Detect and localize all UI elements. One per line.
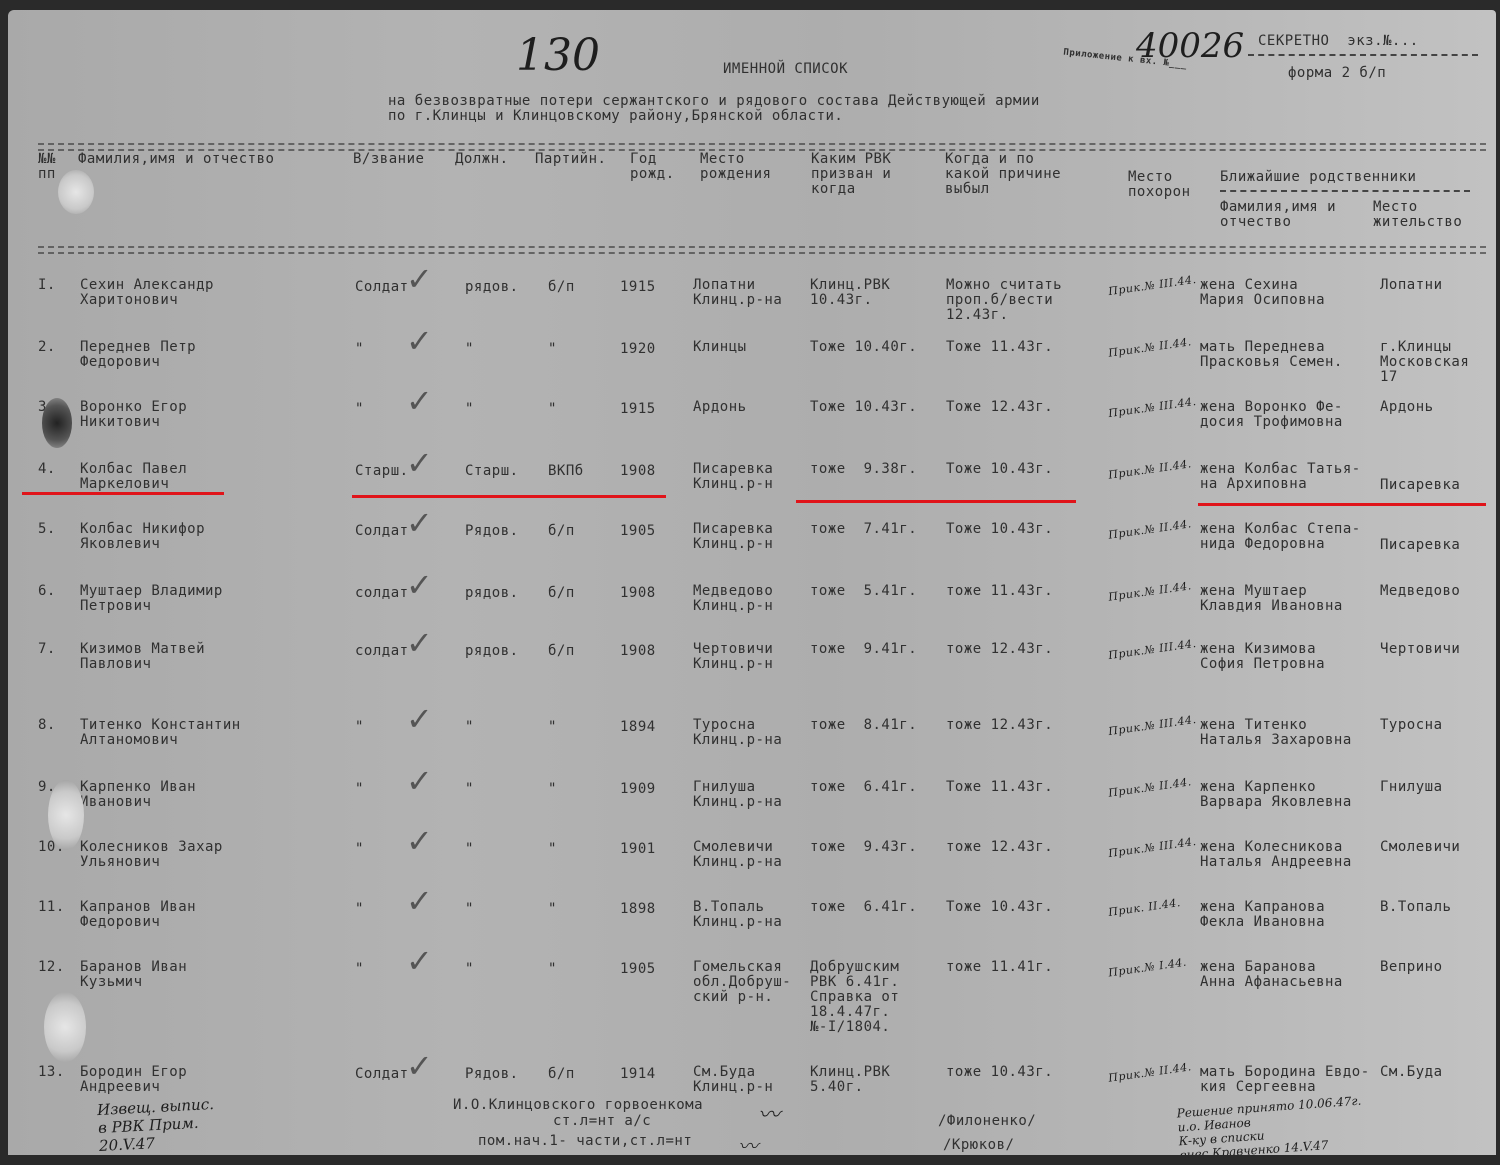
cell-party: " <box>548 962 557 977</box>
cell-num: 4. <box>38 462 56 477</box>
cell-year: 1915 <box>620 402 656 417</box>
cell-dropped: тоже 12.43г. <box>946 718 1053 733</box>
cell-burial: Прик.№ III.44. <box>1107 636 1197 663</box>
cell-position: " <box>465 402 474 417</box>
cell-drafted: Тоже 10.43г. <box>810 400 917 415</box>
col-drafted: Каким РВК призван и когда <box>811 152 891 197</box>
cell-relative: жена Кизимова София Петровна <box>1200 642 1325 672</box>
cell-year: 1914 <box>620 1067 656 1082</box>
cell-name: Переднев Петр Федорович <box>80 340 196 370</box>
cell-name: Колесников Захар Ульянович <box>80 840 223 870</box>
cell-drafted: Клинц.РВК 10.43г. <box>810 278 890 308</box>
cell-num: 13. <box>38 1065 65 1080</box>
divider <box>38 143 1486 151</box>
cell-birthplace: Писаревка Клинц.р-н <box>693 462 773 492</box>
cell-residence: Писаревка <box>1380 478 1460 493</box>
cell-burial: Прик.№ II.44. <box>1107 334 1192 361</box>
checkmark-icon: ✓ <box>406 260 433 298</box>
cell-dropped: Можно считать проп.б/вести 12.43г. <box>946 278 1062 323</box>
cell-party: " <box>548 842 557 857</box>
cell-drafted: тоже 6.41г. <box>810 780 917 795</box>
cell-party: " <box>548 342 557 357</box>
cell-birthplace: Гнилуша Клинц.р-на <box>693 780 782 810</box>
cell-party: б/п <box>548 524 575 539</box>
checkmark-icon: ✓ <box>406 444 433 482</box>
cell-party: " <box>548 720 557 735</box>
checkmark-icon: ✓ <box>406 566 433 604</box>
cell-dropped: Тоже 10.43г. <box>946 462 1053 477</box>
cell-burial: Прик.№ III.44. <box>1107 834 1197 861</box>
col-residence: Место жительство <box>1373 200 1462 230</box>
signer2-title: пом.нач.1- части,ст.л=нт <box>478 1134 692 1149</box>
cell-dropped: тоже 12.43г. <box>946 840 1053 855</box>
cell-num: 8. <box>38 718 56 733</box>
divider <box>38 246 1486 254</box>
cell-birthplace: Лопатни Клинц.р-на <box>693 278 782 308</box>
cell-relative: мать Бородина Евдо- кия Сергеевна <box>1200 1065 1370 1095</box>
cell-party: " <box>548 902 557 917</box>
paper-hole <box>44 992 86 1062</box>
cell-year: 1920 <box>620 342 656 357</box>
col-name: Фамилия,имя и отчество <box>78 152 274 167</box>
cell-residence: Писаревка <box>1380 538 1460 553</box>
cell-position: рядов. <box>465 586 519 601</box>
cell-name: Колбас Павел Маркелович <box>80 462 187 492</box>
cell-relative: жена Колесникова Наталья Андреевна <box>1200 840 1352 870</box>
cell-rank: " <box>355 402 364 417</box>
cell-relative: жена Воронко Фе- досия Трофимовна <box>1200 400 1343 430</box>
cell-year: 1915 <box>620 280 656 295</box>
cell-residence: В.Топаль <box>1380 900 1451 915</box>
signer1-title: И.О.Клинцовского горвоенкома <box>453 1098 703 1113</box>
cell-year: 1905 <box>620 524 656 539</box>
cell-position: " <box>465 720 474 735</box>
highlight-underline <box>796 500 1076 503</box>
cell-num: 7. <box>38 642 56 657</box>
cell-burial: Прик.№ III.44. <box>1107 712 1197 739</box>
col-rank: В/звание <box>353 152 424 167</box>
checkmark-icon: ✓ <box>406 822 433 860</box>
checkmark-icon: ✓ <box>406 700 433 738</box>
divider <box>1220 190 1470 192</box>
cell-position: Рядов. <box>465 524 519 539</box>
paper-hole <box>58 170 94 214</box>
cell-rank: Солдат <box>355 524 409 539</box>
checkmark-icon: ✓ <box>406 882 433 920</box>
cell-residence: Туросна <box>1380 718 1443 733</box>
cell-name: Воронко Егор Никитович <box>80 400 187 430</box>
cell-rank: Солдат <box>355 280 409 295</box>
cell-party: " <box>548 402 557 417</box>
cell-rank: " <box>355 842 364 857</box>
checkmark-icon: ✓ <box>406 504 433 542</box>
cell-party: б/п <box>548 280 575 295</box>
cell-residence: Гнилуша <box>1380 780 1443 795</box>
cell-relative: жена Колбас Татья- на Архиповна <box>1200 462 1361 492</box>
cell-name: Кизимов Матвей Павлович <box>80 642 205 672</box>
cell-name: Карпенко Иван Иванович <box>80 780 196 810</box>
cell-relative: жена Капранова Фекла Ивановна <box>1200 900 1325 930</box>
cell-position: " <box>465 842 474 857</box>
checkmark-icon: ✓ <box>406 624 433 662</box>
cell-burial: Прик.№ II.44. <box>1107 1059 1192 1086</box>
cell-year: 1901 <box>620 842 656 857</box>
document-sheet: 130 40026 Приложение к вх. №___ СЕКРЕТНО… <box>8 10 1496 1155</box>
cell-rank: Старш. <box>355 464 409 479</box>
page-number: 130 <box>516 30 600 81</box>
cell-position: " <box>465 962 474 977</box>
cell-name: Бородин Егор Андреевич <box>80 1065 187 1095</box>
cell-residence: Ардонь <box>1380 400 1434 415</box>
cell-position: рядов. <box>465 280 519 295</box>
cell-dropped: тоже 10.43г. <box>946 1065 1053 1080</box>
cell-dropped: Тоже 10.43г. <box>946 900 1053 915</box>
subtitle-2: по г.Клинцы и Клинцовскому району,Брянск… <box>388 109 843 124</box>
cell-residence: Лопатни <box>1380 278 1443 293</box>
cell-num: 6. <box>38 584 56 599</box>
cell-birthplace: Гомельская обл.Добруш- ский р-н. <box>693 960 791 1005</box>
signer2-name: /Крюков/ <box>943 1138 1014 1153</box>
cell-year: 1898 <box>620 902 656 917</box>
form-label: форма 2 б/п <box>1288 66 1386 81</box>
cell-name: Муштаер Владимир Петрович <box>80 584 223 614</box>
cell-drafted: тоже 9.38г. <box>810 462 917 477</box>
cell-name: Сехин Александр Харитонович <box>80 278 214 308</box>
cell-relative: жена Сехина Мария Осиповна <box>1200 278 1325 308</box>
cell-burial: Прик. II.44. <box>1107 895 1181 920</box>
cell-burial: Прик.№ II.44. <box>1107 774 1192 801</box>
checkmark-icon: ✓ <box>406 322 433 360</box>
cell-num: 2. <box>38 340 56 355</box>
cell-party: б/п <box>548 644 575 659</box>
highlight-underline <box>1198 503 1486 506</box>
divider <box>1248 54 1478 56</box>
cell-burial: Прик.№ II.44. <box>1107 456 1192 483</box>
paper-hole <box>48 780 84 850</box>
cell-party: " <box>548 782 557 797</box>
cell-residence: Чертовичи <box>1380 642 1460 657</box>
cell-birthplace: Медведово Клинц.р-н <box>693 584 773 614</box>
checkmark-icon: ✓ <box>406 1047 433 1085</box>
cell-burial: Прик.№ III.44. <box>1107 272 1197 299</box>
col-num: №№ пп <box>38 152 56 182</box>
cell-relative: жена Колбас Степа- нида Федоровна <box>1200 522 1361 552</box>
cell-dropped: тоже 11.41г. <box>946 960 1053 975</box>
col-birth-year: Год рожд. <box>630 152 675 182</box>
signature-1: 〰 <box>758 1098 780 1129</box>
cell-drafted: Добрушским РВК 6.41г. Справка от 18.4.47… <box>810 960 899 1035</box>
cell-drafted: тоже 9.41г. <box>810 642 917 657</box>
cell-residence: Смолевичи <box>1380 840 1460 855</box>
cell-party: б/п <box>548 586 575 601</box>
cell-dropped: Тоже 10.43г. <box>946 522 1053 537</box>
cell-name: Колбас Никифор Яковлевич <box>80 522 205 552</box>
cell-relative: жена Муштаер Клавдия Ивановна <box>1200 584 1343 614</box>
cell-residence: Медведово <box>1380 584 1460 599</box>
cell-year: 1909 <box>620 782 656 797</box>
cell-position: рядов. <box>465 644 519 659</box>
cell-birthplace: В.Топаль Клинц.р-на <box>693 900 782 930</box>
cell-rank: " <box>355 342 364 357</box>
cell-birthplace: Клинцы <box>693 340 747 355</box>
cell-birthplace: Смолевичи Клинц.р-на <box>693 840 782 870</box>
cell-relative: жена Карпенко Варвара Яковлевна <box>1200 780 1352 810</box>
cell-rank: " <box>355 902 364 917</box>
cell-birthplace: Писаревка Клинц.р-н <box>693 522 773 552</box>
highlight-underline <box>22 492 224 495</box>
cell-position: " <box>465 342 474 357</box>
cell-birthplace: Туросна Клинц.р-на <box>693 718 782 748</box>
cell-rank: солдат <box>355 644 409 659</box>
cell-dropped: тоже 11.43г. <box>946 584 1053 599</box>
signer1-name: /Филоненко/ <box>938 1114 1036 1129</box>
checkmark-icon: ✓ <box>406 382 433 420</box>
note-right: Решение принято 10.06.47г. и.о. Иванов К… <box>1176 1094 1364 1155</box>
cell-burial: Прик.№ I.44. <box>1107 955 1187 981</box>
cell-dropped: Тоже 11.43г. <box>946 780 1053 795</box>
cell-burial: Прик.№ II.44. <box>1107 516 1192 543</box>
cell-birthplace: Ардонь <box>693 400 747 415</box>
cell-dropped: Тоже 12.43г. <box>946 400 1053 415</box>
cell-residence: См.Буда <box>1380 1065 1443 1080</box>
subtitle-1: на безвозвратные потери сержантского и р… <box>388 94 1040 109</box>
cell-num: 12. <box>38 960 65 975</box>
cell-relative: жена Баранова Анна Афанасьевна <box>1200 960 1343 990</box>
col-relatives: Ближайшие родственники <box>1220 170 1416 185</box>
cell-position: Рядов. <box>465 1067 519 1082</box>
highlight-underline <box>352 495 666 498</box>
page-title: ИМЕННОЙ СПИСОК <box>723 62 848 77</box>
cell-burial: Прик.№ II.44. <box>1107 578 1192 605</box>
cell-relative: жена Титенко Наталья Захаровна <box>1200 718 1352 748</box>
cell-birthplace: См.Буда Клинц.р-н <box>693 1065 773 1095</box>
cell-position: Старш. <box>465 464 519 479</box>
cell-birthplace: Чертовичи Клинц.р-н <box>693 642 773 672</box>
col-birth-place: Место рождения <box>700 152 771 182</box>
cell-drafted: тоже 9.43г. <box>810 840 917 855</box>
cell-drafted: тоже 8.41г. <box>810 718 917 733</box>
cell-num: 5. <box>38 522 56 537</box>
cell-year: 1905 <box>620 962 656 977</box>
col-party: Партийн. <box>535 152 606 167</box>
cell-name: Капранов Иван Федорович <box>80 900 196 930</box>
cell-residence: Веприно <box>1380 960 1443 975</box>
secret-label: СЕКРЕТНО экз.№... <box>1258 34 1419 49</box>
cell-burial: Прик.№ III.44. <box>1107 394 1197 421</box>
cell-drafted: Тоже 10.40г. <box>810 340 917 355</box>
cell-party: ВКПб <box>548 464 584 479</box>
col-relative-name: Фамилия,имя и отчество <box>1220 200 1336 230</box>
cell-dropped: Тоже 11.43г. <box>946 340 1053 355</box>
cell-drafted: Клинц.РВК 5.40г. <box>810 1065 890 1095</box>
cell-residence: г.Клинцы Московская 17 <box>1380 340 1469 385</box>
checkmark-icon: ✓ <box>406 762 433 800</box>
cell-rank: Солдат <box>355 1067 409 1082</box>
signer1-rank: ст.л=нт а/с <box>553 1114 651 1129</box>
cell-position: " <box>465 902 474 917</box>
cell-year: 1894 <box>620 720 656 735</box>
col-burial: Место похорон <box>1128 170 1191 200</box>
col-position: Должн. <box>455 152 509 167</box>
cell-drafted: тоже 5.41г. <box>810 584 917 599</box>
cell-name: Баранов Иван Кузьмич <box>80 960 187 990</box>
cell-rank: " <box>355 962 364 977</box>
col-dropped: Когда и по какой причине выбыл <box>945 152 1061 197</box>
cell-year: 1908 <box>620 586 656 601</box>
cell-rank: " <box>355 782 364 797</box>
cell-rank: солдат <box>355 586 409 601</box>
cell-year: 1908 <box>620 644 656 659</box>
cell-rank: " <box>355 720 364 735</box>
cell-drafted: тоже 7.41г. <box>810 522 917 537</box>
cell-relative: мать Переднева Прасковья Семен. <box>1200 340 1343 370</box>
paper-hole <box>42 398 72 448</box>
checkmark-icon: ✓ <box>406 942 433 980</box>
cell-num: I. <box>38 278 56 293</box>
cell-party: б/п <box>548 1067 575 1082</box>
note-left: Извещ. выпис. в РВК Прим. 20.V.47 <box>97 1095 217 1155</box>
cell-num: 11. <box>38 900 65 915</box>
cell-drafted: тоже 6.41г. <box>810 900 917 915</box>
cell-dropped: тоже 12.43г. <box>946 642 1053 657</box>
cell-position: " <box>465 782 474 797</box>
signature-2: 〰 <box>738 1130 758 1155</box>
cell-year: 1908 <box>620 464 656 479</box>
cell-name: Титенко Константин Алтаномович <box>80 718 241 748</box>
